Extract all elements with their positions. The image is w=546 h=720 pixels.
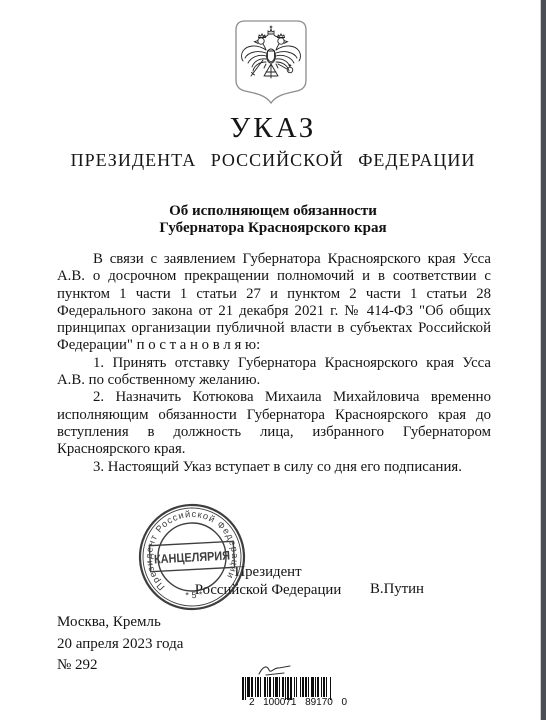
barcode-digit-group: 0 (341, 697, 347, 708)
barcode-digit-group: 100071 (263, 697, 296, 708)
decree-body: В связи с заявлением Губернатора Красноя… (57, 251, 491, 476)
pen-mark-icon (258, 663, 292, 677)
presidential-emblem (235, 20, 307, 106)
decree-issuer: ПРЕЗИДЕНТА РОССИЙСКОЙ ФЕДЕРАЦИИ (0, 150, 546, 171)
footer-date: 20 апреля 2023 года (57, 634, 183, 656)
scan-page-edge (540, 0, 546, 720)
chancellery-stamp-icon: Президент Российской Федерации КАНЦЕЛЯРИ… (137, 502, 247, 612)
decree-title: УКАЗ (0, 112, 546, 145)
body-paragraph: 2. Назначить Котюкова Михаила Михайлович… (57, 389, 491, 458)
footer-number: № 292 (57, 655, 183, 677)
subject-line-1: Об исполняющем обязанности (0, 203, 546, 220)
subject-line-2: Губернатора Красноярского края (0, 220, 546, 237)
stamp-center-text: КАНЦЕЛЯРИЯ (154, 549, 231, 567)
stamp-bottom-text: * 5 * (185, 589, 203, 600)
signer-name: В.Путин (370, 581, 424, 598)
body-paragraph: 3. Настоящий Указ вступает в силу со дня… (57, 459, 491, 476)
footer-place: Москва, Кремль (57, 612, 183, 634)
decree-page: УКАЗ ПРЕЗИДЕНТА РОССИЙСКОЙ ФЕДЕРАЦИИ Об … (0, 0, 546, 720)
body-paragraph: В связи с заявлением Губернатора Красноя… (57, 251, 491, 355)
decree-footer: Москва, Кремль 20 апреля 2023 года № 292 (57, 612, 183, 677)
decree-subject: Об исполняющем обязанности Губернатора К… (0, 203, 546, 237)
barcode-digit-group: 89170 (305, 697, 333, 708)
body-paragraph: 1. Принять отставку Губернатора Краснояр… (57, 355, 491, 390)
barcode-digits: 2 100071 89170 0 (249, 697, 347, 708)
barcode-digit-group: 2 (249, 697, 255, 708)
